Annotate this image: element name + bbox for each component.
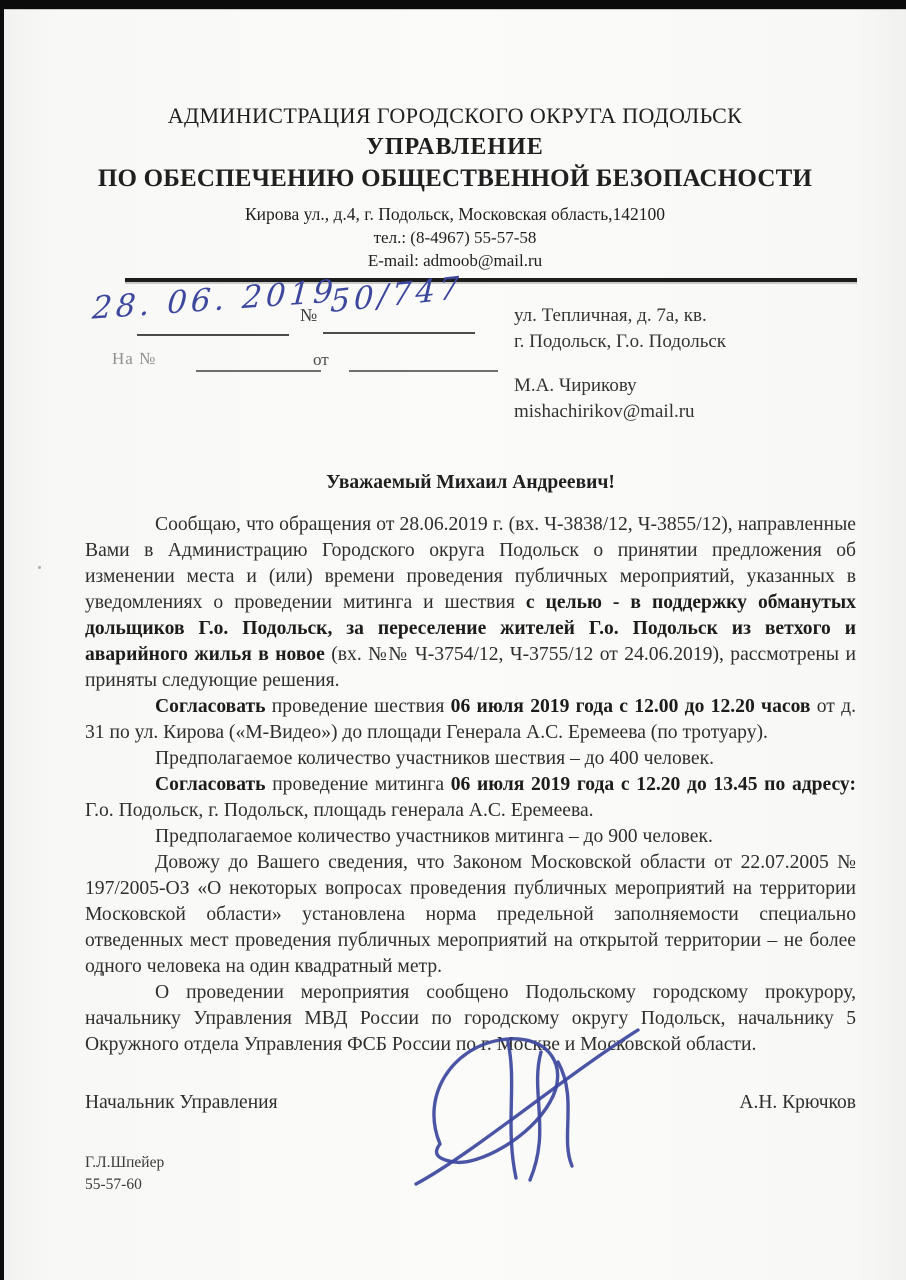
incoming-number-underline xyxy=(196,370,321,372)
signer-position: Начальник Управления xyxy=(85,1092,278,1114)
executor-name: Г.Л.Шпейер xyxy=(85,1152,164,1174)
recipient-name: М.А. Чирикову xyxy=(514,373,726,399)
paragraph: Согласовать проведение шествия 06 июля 2… xyxy=(85,694,856,746)
recipient-block: ул. Тепличная, д. 7а, кв. г. Подольск, Г… xyxy=(514,303,726,425)
number-sign-label: № xyxy=(300,305,317,326)
recipient-email: mishachirikov@mail.ru xyxy=(514,399,726,425)
org-address: Кирова ул., д.4, г. Подольск, Московская… xyxy=(55,204,855,225)
org-email: E-mail: admoob@mail.ru xyxy=(55,251,855,271)
recipient-city: г. Подольск, Г.о. Подольск xyxy=(514,329,726,355)
letterhead: АДМИНИСТРАЦИЯ ГОРОДСКОГО ОКРУГА ПОДОЛЬСК… xyxy=(55,103,855,271)
org-department-line2: ПО ОБЕСПЕЧЕНИЮ ОБЩЕСТВЕННОЙ БЕЗОПАСНОСТИ xyxy=(55,165,855,193)
org-phone: тел.: (8-4967) 55-57-58 xyxy=(55,228,855,248)
executor-phone: 55-57-60 xyxy=(85,1174,164,1196)
date-underline xyxy=(137,334,289,336)
paragraph: Согласовать проведение митинга 06 июля 2… xyxy=(85,772,856,824)
executor-block: Г.Л.Шпейер 55-57-60 xyxy=(85,1152,164,1196)
org-name: АДМИНИСТРАЦИЯ ГОРОДСКОГО ОКРУГА ПОДОЛЬСК xyxy=(55,103,855,129)
paragraph: Сообщаю, что обращения от 28.06.2019 г. … xyxy=(85,512,856,694)
paragraph: Довожу до Вашего сведения, что Законом М… xyxy=(85,850,856,980)
body-paragraphs: Сообщаю, что обращения от 28.06.2019 г. … xyxy=(85,512,856,1058)
incoming-date-label: от xyxy=(313,350,329,370)
scanned-letter-page: АДМИНИСТРАЦИЯ ГОРОДСКОГО ОКРУГА ПОДОЛЬСК… xyxy=(0,0,906,1280)
paragraph: Предполагаемое количество участников шес… xyxy=(85,746,856,772)
scan-speck xyxy=(38,566,41,569)
recipient-street: ул. Тепличная, д. 7а, кв. xyxy=(514,303,726,329)
incoming-number-label: На № xyxy=(112,349,156,369)
scan-edge-left xyxy=(0,9,4,1280)
org-department: УПРАВЛЕНИЕ xyxy=(55,134,855,161)
paragraph: Предполагаемое количество участников мит… xyxy=(85,824,856,850)
signature-scribble xyxy=(412,1026,644,1192)
scan-edge-top xyxy=(0,0,906,9)
incoming-date-underline xyxy=(349,370,498,372)
salutation: Уважаемый Михаил Андреевич! xyxy=(85,472,856,494)
signer-name: А.Н. Крючков xyxy=(739,1092,856,1114)
number-underline xyxy=(323,332,475,334)
